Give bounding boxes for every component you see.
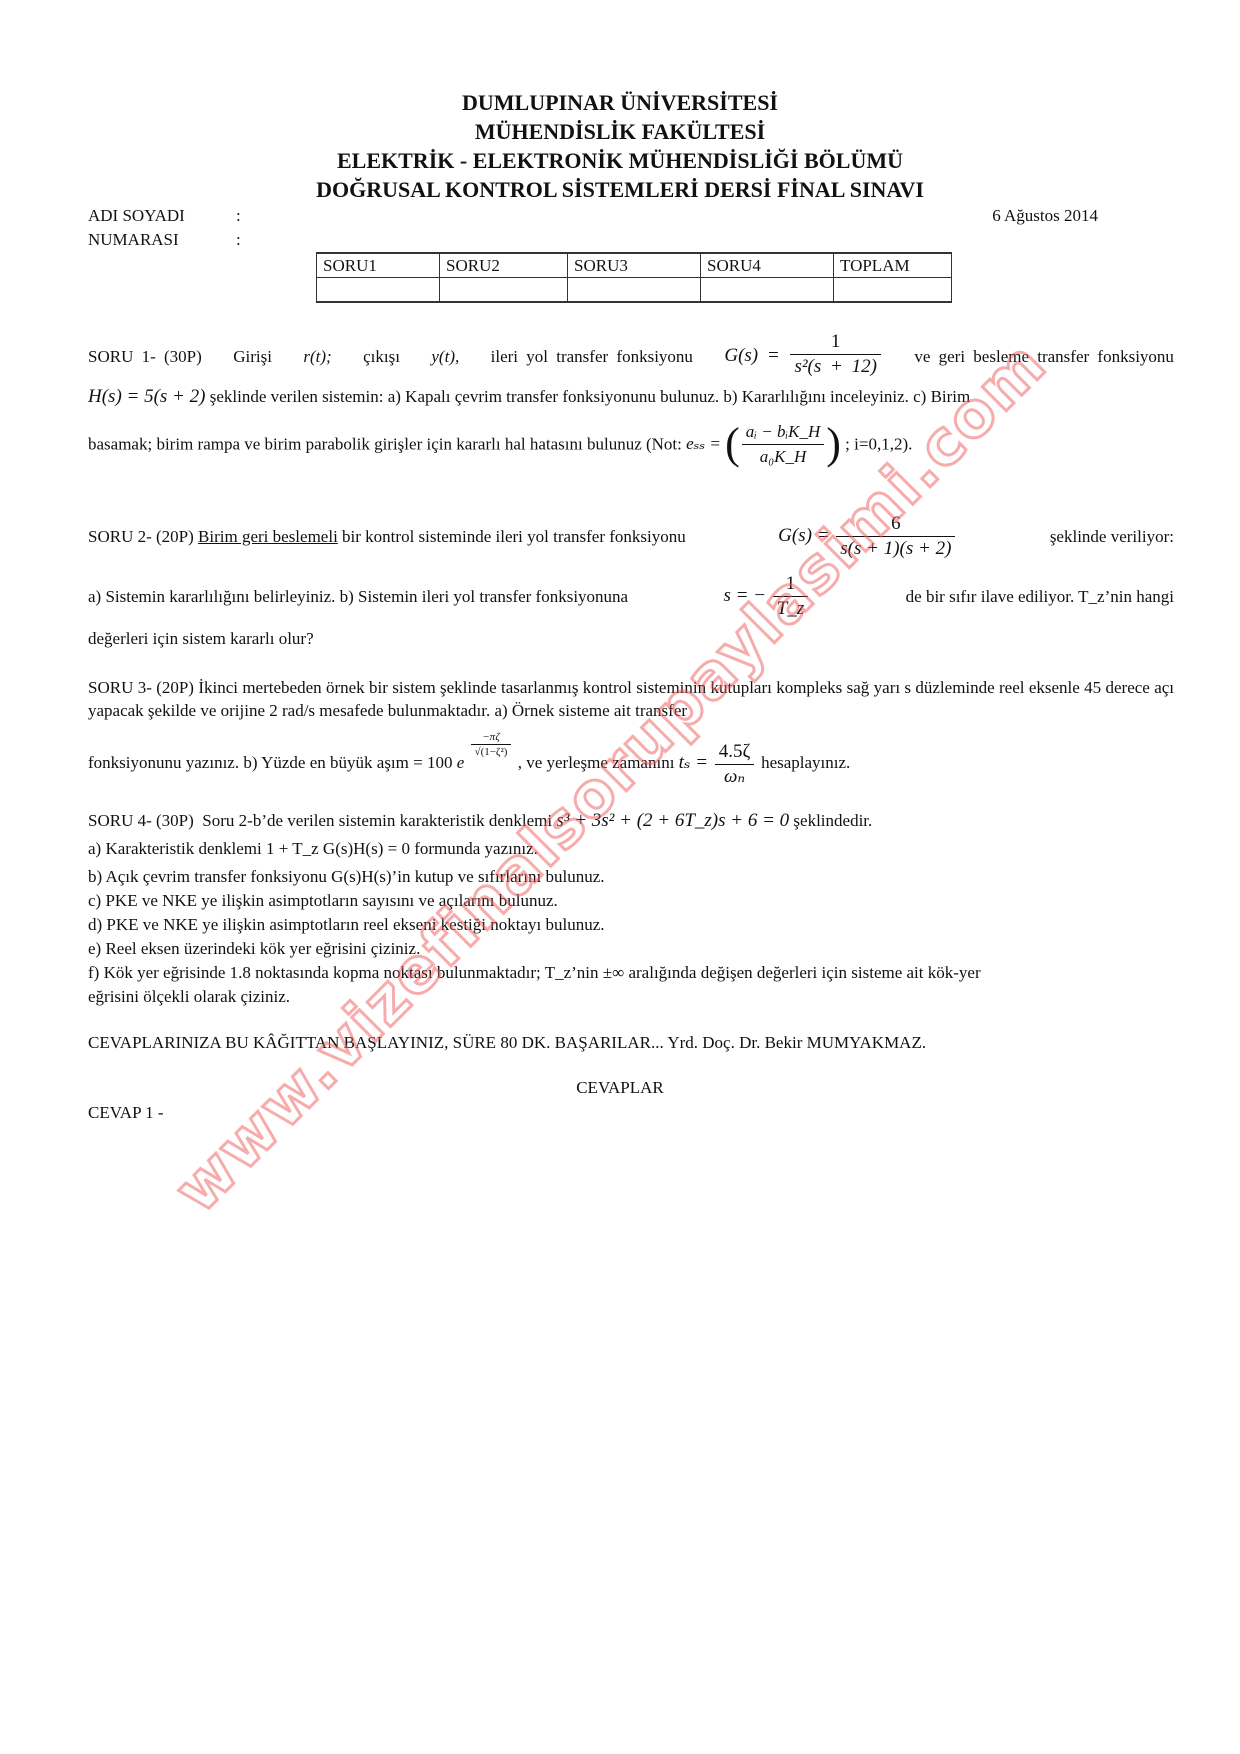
question-4-item-f-continued: eğrisini ölçekli olarak çiziniz. xyxy=(88,986,290,1008)
q1-G-lhs: G(s) = xyxy=(724,345,779,366)
exam-date: 6 Ağustos 2014 xyxy=(992,206,1098,226)
q4-text: Soru 2-b’de verilen sistemin karakterist… xyxy=(202,811,552,830)
question-4-title: SORU 4- (30P) xyxy=(88,811,194,830)
exam-instructions: CEVAPLARINIZA BU KÂĞITTAN BAŞLAYINIZ, SÜ… xyxy=(88,1032,926,1054)
question-4-item-a: a) Karakteristik denklemi 1 + T_z G(s)H(… xyxy=(88,838,538,860)
score-header-toplam: TOPLAM xyxy=(834,253,952,278)
question-2-title: SORU 2- (20P) xyxy=(88,527,194,546)
q1-output-signal: y(t), xyxy=(431,346,459,368)
q3-text: fonksiyonunu yazınız. b) Yüzde en büyük … xyxy=(88,753,452,772)
q2-G-formula: G(s) = 6 s(s + 1)(s + 2) xyxy=(778,512,957,561)
exam-page: DUMLUPINAR ÜNİVERSİTESİ MÜHENDİSLİK FAKÜ… xyxy=(0,0,1240,1754)
score-cell-soru2[interactable] xyxy=(440,278,568,303)
q1-text: şeklinde verilen sistemin: a) Kapalı çev… xyxy=(210,387,971,406)
q3-exp-denominator: √(1−ζ²) xyxy=(471,745,512,759)
q1-text: Girişi xyxy=(233,346,272,368)
left-paren: ( xyxy=(725,420,740,469)
q3-exp-base: e xyxy=(457,753,465,772)
q1-text: ve geri besleme transfer fonksiyonu xyxy=(914,346,1174,368)
score-cell-soru3[interactable] xyxy=(568,278,701,303)
right-paren: ) xyxy=(826,420,841,469)
q3-ts-denominator: ωₙ xyxy=(715,765,755,789)
q3-text: İkinci mertebeden örnek bir sistem şekli… xyxy=(88,678,1174,720)
q2-zero-denominator: T_z xyxy=(773,597,808,621)
q2-lead: SORU 2- (20P) Birim geri beslemeli bir k… xyxy=(88,526,686,548)
q3-overshoot-exponent: e −πζ √(1−ζ²) xyxy=(457,753,518,772)
question-1-line-1: SORU 1- (30P) Girişi r(t); çıkışı y(t), … xyxy=(88,332,1174,381)
score-cell-toplam[interactable] xyxy=(834,278,952,303)
q1-G-fraction: 1 s²(s + 12) xyxy=(790,330,880,379)
score-cell-soru1[interactable] xyxy=(317,278,440,303)
number-colon: : xyxy=(236,230,241,250)
score-table-value-row xyxy=(317,278,952,303)
q1-text: çıkışı xyxy=(363,346,400,368)
q2-zero-lhs: s = − xyxy=(724,585,767,606)
score-header-soru1: SORU1 xyxy=(317,253,440,278)
q1-text: basamak; birim rampa ve birim parabolik … xyxy=(88,435,682,454)
q2-underlined-text: Birim geri beslemeli xyxy=(198,527,338,546)
q1-text: ileri yol transfer fonksiyonu xyxy=(491,346,693,368)
q2-text: bir kontrol sisteminde ileri yol transfe… xyxy=(342,527,686,546)
q1-G-numerator: 1 xyxy=(790,330,880,355)
q1-G-denominator: s²(s + 12) xyxy=(790,355,880,379)
question-4-item-c: c) PKE ve NKE ye ilişkin asimptotların s… xyxy=(88,890,558,912)
q3-text: hesaplayınız. xyxy=(761,753,850,772)
q3-text: , ve yerleşme zamanını xyxy=(518,753,675,772)
q1-H-formula: H(s) = 5(s + 2) xyxy=(88,386,205,407)
q4-text: şeklindedir. xyxy=(793,811,872,830)
score-header-soru4: SORU4 xyxy=(701,253,834,278)
q3-exp-numerator: −πζ xyxy=(471,730,512,745)
name-label: ADI SOYADI xyxy=(88,206,185,226)
q2-zero-fraction: 1 T_z xyxy=(773,572,808,621)
q2-G-lhs: G(s) = xyxy=(778,525,829,546)
answer-1-label: CEVAP 1 - xyxy=(88,1102,164,1124)
q1-G-formula: G(s) = 1 s²(s + 12) xyxy=(724,332,883,381)
q1-ess-formula: eₛₛ = ( aᵢ − bᵢK_H a₀K_H ) xyxy=(686,433,845,452)
score-cell-soru4[interactable] xyxy=(701,278,834,303)
q3-ts-formula: tₛ = 4.5ζ ωₙ xyxy=(679,752,761,773)
exam-title: DOĞRUSAL KONTROL SİSTEMLERİ DERSİ FİNAL … xyxy=(0,175,1240,204)
q2-text: a) Sistemin kararlılığını belirleyiniz. … xyxy=(88,586,628,608)
question-3-paragraph: SORU 3- (20P) İkinci mertebeden örnek bi… xyxy=(88,676,1174,722)
question-4-item-f: f) Kök yer eğrisinde 1.8 noktasında kopm… xyxy=(88,962,1174,984)
q2-G-fraction: 6 s(s + 1)(s + 2) xyxy=(836,512,955,561)
question-4-item-b: b) Açık çevrim transfer fonksiyonu G(s)H… xyxy=(88,866,605,888)
q1-ess-denominator: a₀K_H xyxy=(742,445,824,469)
exam-header: DUMLUPINAR ÜNİVERSİTESİ MÜHENDİSLİK FAKÜ… xyxy=(0,88,1240,204)
q1-ess-numerator: aᵢ − bᵢK_H xyxy=(742,420,824,445)
score-table: SORU1 SORU2 SORU3 SORU4 TOPLAM xyxy=(316,252,952,303)
q2-text: şeklinde veriliyor: xyxy=(1050,526,1174,548)
name-colon: : xyxy=(236,206,241,226)
score-header-soru2: SORU2 xyxy=(440,253,568,278)
question-2-line-3: değerleri için sistem kararlı olur? xyxy=(88,628,314,650)
q2-zero-numerator: 1 xyxy=(773,572,808,597)
faculty-name: MÜHENDİSLİK FAKÜLTESİ xyxy=(0,117,1240,146)
question-2-line-1: SORU 2- (20P) Birim geri beslemeli bir k… xyxy=(88,512,1174,561)
question-2-line-2: a) Sistemin kararlılığını belirleyiniz. … xyxy=(88,572,1174,621)
question-1-line-2: H(s) = 5(s + 2) şeklinde verilen sistemi… xyxy=(88,386,1174,408)
question-1-line-3: basamak; birim rampa ve birim parabolik … xyxy=(88,420,912,469)
q3-ts-fraction: 4.5ζ ωₙ xyxy=(715,740,755,789)
q2-text: de bir sıfır ilave ediliyor. T_z’nin han… xyxy=(906,586,1174,608)
q1-ess-fraction: aᵢ − bᵢK_H a₀K_H xyxy=(742,420,824,469)
question-4-item-d: d) PKE ve NKE ye ilişkin asimptotların r… xyxy=(88,914,605,936)
q2-G-denominator: s(s + 1)(s + 2) xyxy=(836,537,955,561)
question-1-title: SORU 1- (30P) xyxy=(88,346,202,368)
q4-characteristic-equation: s³ + 3s² + (2 + 6T_z)s + 6 = 0 xyxy=(556,810,789,831)
university-name: DUMLUPINAR ÜNİVERSİTESİ xyxy=(0,88,1240,117)
q2-G-numerator: 6 xyxy=(836,512,955,537)
question-4-line-1: SORU 4- (30P) Soru 2-b’de verilen sistem… xyxy=(88,810,872,832)
q2-zero-formula: s = − 1 T_z xyxy=(724,572,811,621)
answers-title: CEVAPLAR xyxy=(0,1078,1240,1098)
score-header-soru3: SORU3 xyxy=(568,253,701,278)
number-label: NUMARASI xyxy=(88,230,179,250)
q1-text: ; i=0,1,2). xyxy=(845,435,912,454)
score-table-header-row: SORU1 SORU2 SORU3 SORU4 TOPLAM xyxy=(317,253,952,278)
q3-ts-numerator: 4.5ζ xyxy=(715,740,755,765)
question-3-title: SORU 3- (20P) xyxy=(88,678,194,697)
q1-input-signal: r(t); xyxy=(303,346,331,368)
question-3-line-3: fonksiyonunu yazınız. b) Yüzde en büyük … xyxy=(88,740,850,789)
q1-ess-lhs: eₛₛ = xyxy=(686,435,721,454)
q3-exp-fraction: −πζ √(1−ζ²) xyxy=(471,730,512,759)
question-4-item-e: e) Reel eksen üzerindeki kök yer eğrisin… xyxy=(88,938,420,960)
department-name: ELEKTRİK - ELEKTRONİK MÜHENDİSLİĞİ BÖLÜM… xyxy=(0,146,1240,175)
q3-ts-lhs: tₛ = xyxy=(679,752,708,773)
